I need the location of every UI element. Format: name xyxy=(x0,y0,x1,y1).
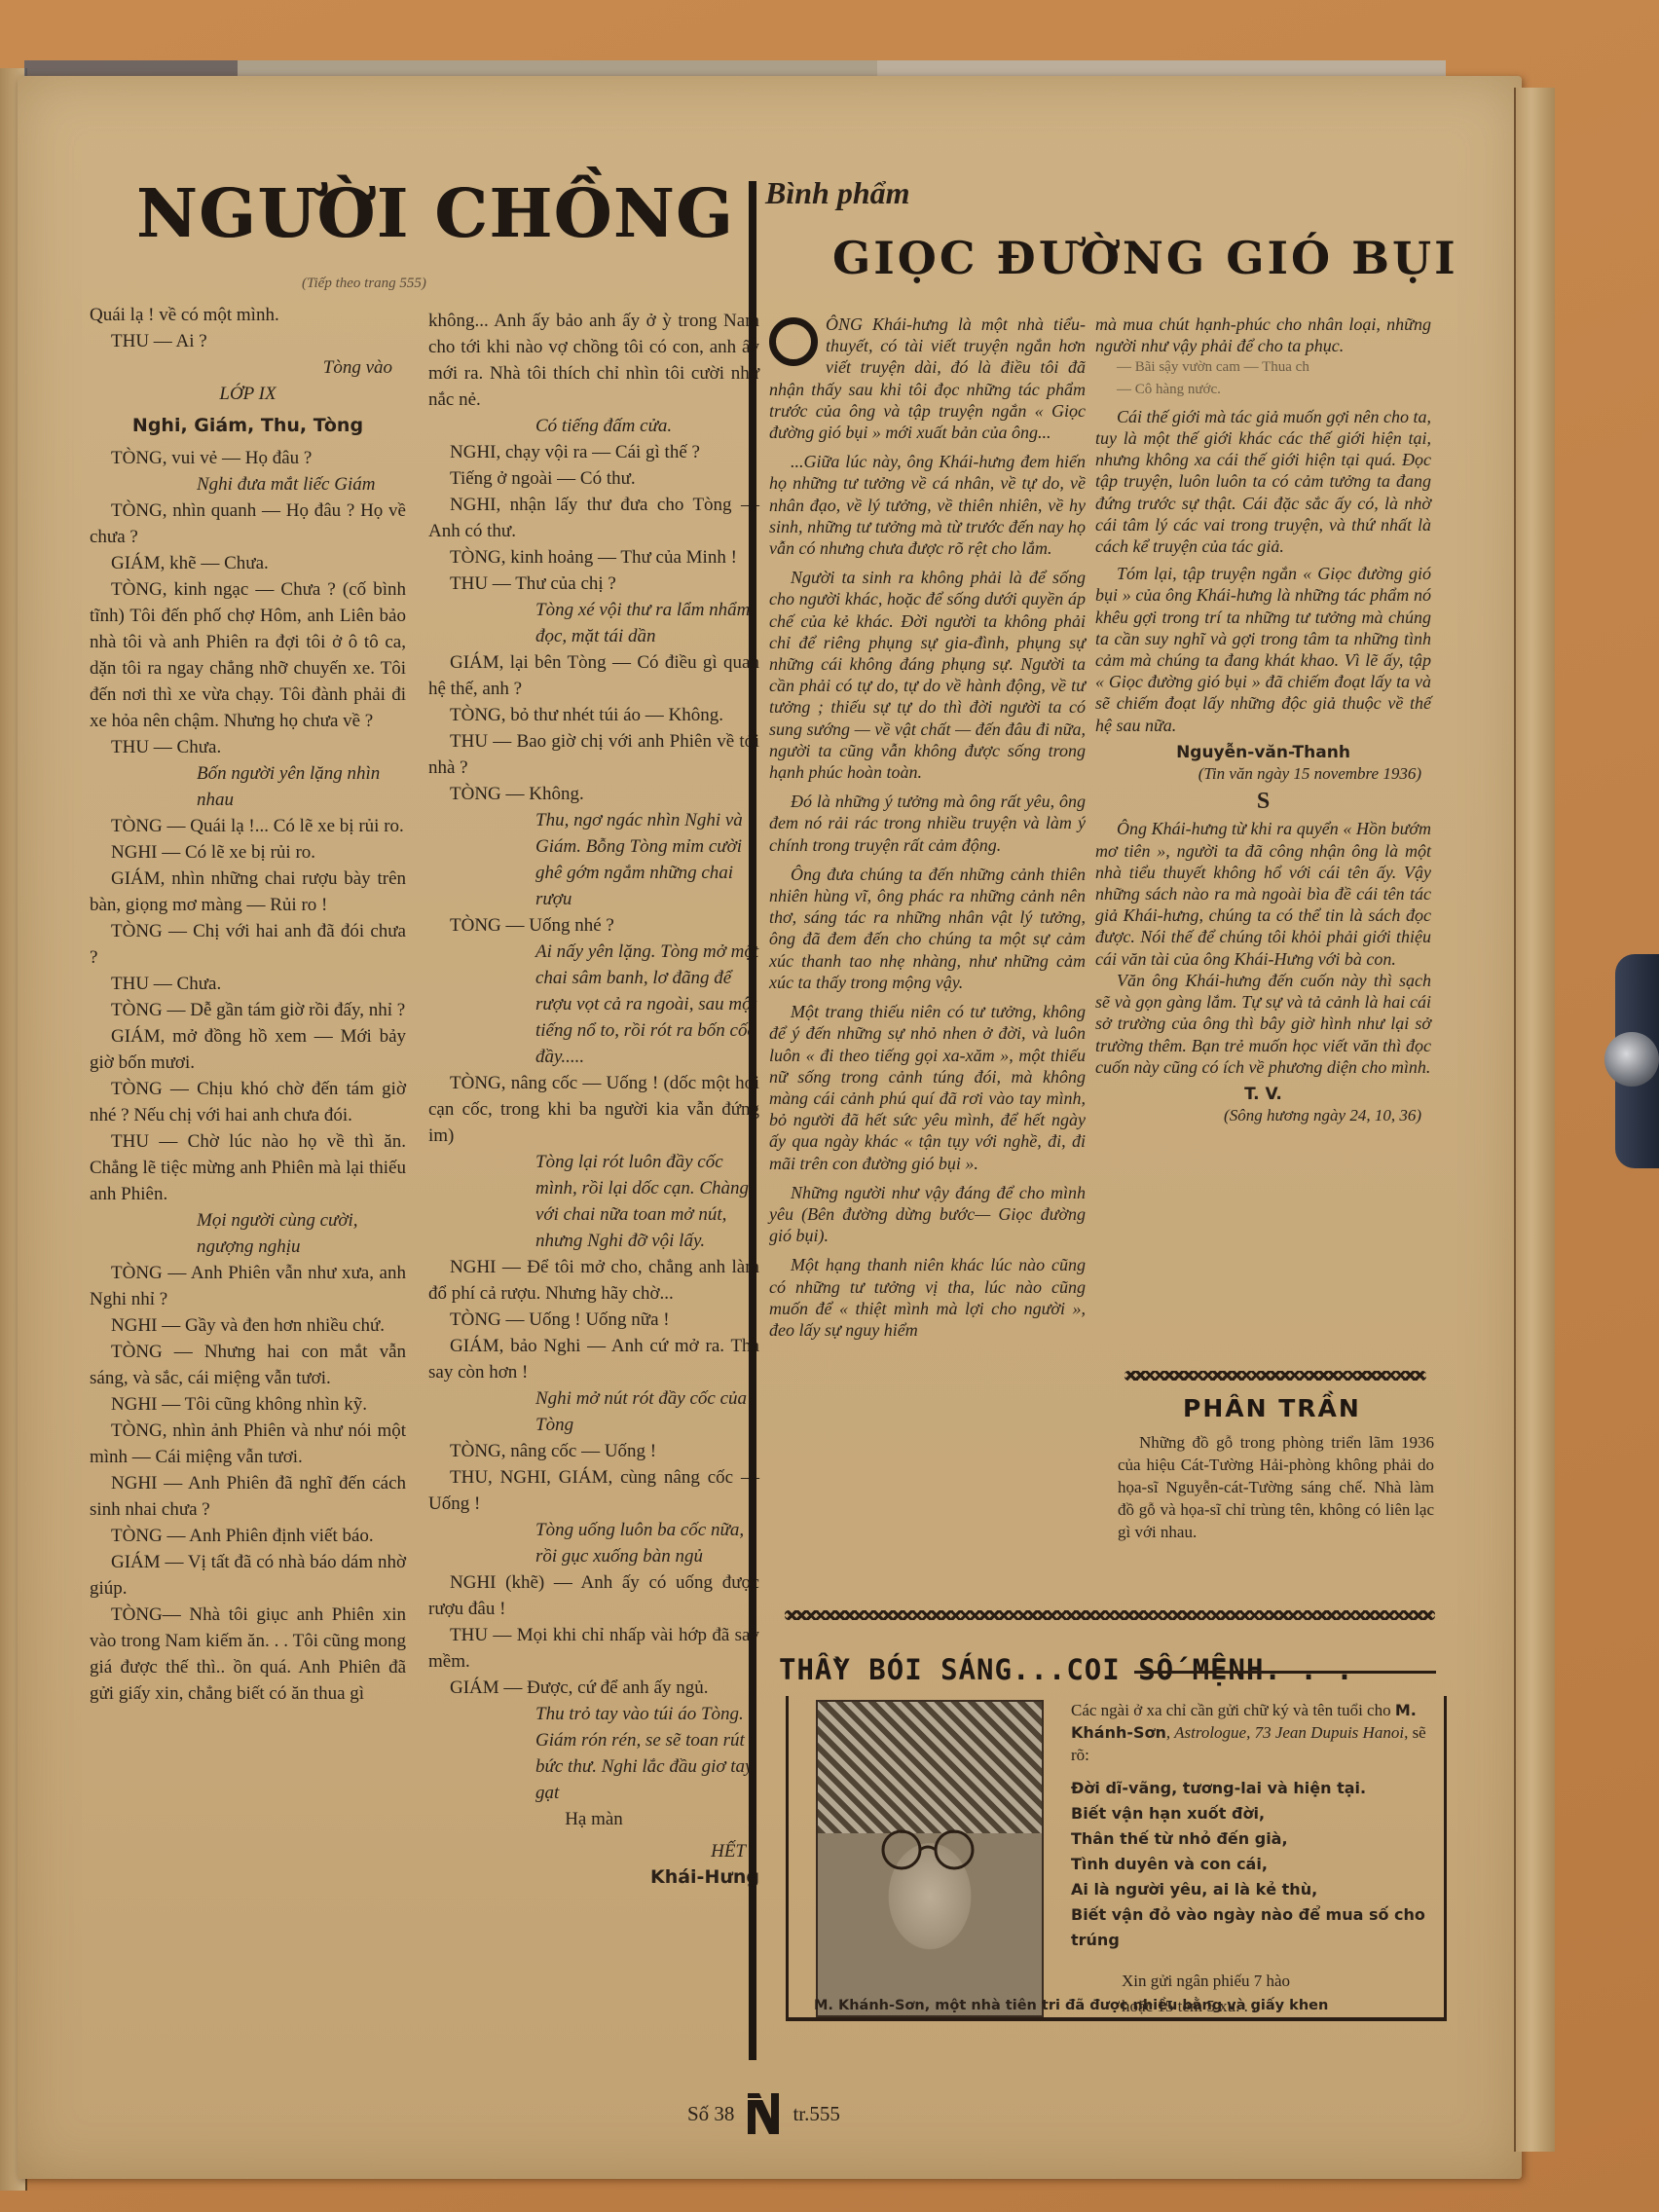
dialogue-line: THU — Chưa. xyxy=(90,734,406,760)
review-paragraph: Ông Khái-hưng từ khi ra quyển « Hồn bướm… xyxy=(1095,818,1431,969)
wavy-divider xyxy=(785,1610,1435,1620)
dialogue-line: TÒNG, vui vẻ — Họ đâu ? xyxy=(90,445,406,471)
review-source-2: (Sông hương ngày 24, 10, 36) xyxy=(1095,1105,1431,1126)
ad-service-item: Tình duyên và con cái, xyxy=(1071,1852,1431,1877)
dialogue-line: NGHI — Tôi cũng không nhìn kỹ. xyxy=(90,1391,406,1418)
dialogue-line: NGHI (khẽ) — Anh ấy có uống được rượu đâ… xyxy=(428,1569,759,1622)
dialogue-line: TÒNG — Chịu khó chờ đến tám giờ nhé ? Nế… xyxy=(90,1076,406,1128)
page-number: tr.555 xyxy=(793,2102,839,2126)
dialogue-line: GIÁM, mở đồng hồ xem — Mới bảy giờ bốn m… xyxy=(90,1023,406,1076)
review-paragraph: — Bãi sậy vườn cam — Thua ch xyxy=(1095,356,1431,378)
stage-direction: Tòng vào xyxy=(90,354,406,381)
binder-ring xyxy=(1604,1032,1659,1087)
dialogue-line: TÒNG — Quái lạ !... Có lẽ xe bị rủi ro. xyxy=(90,813,406,839)
stage-direction: Nghi mở nút rót đầy cốc của Tòng xyxy=(428,1385,759,1438)
dialogue-line: TÒNG, kinh ngạc — Chưa ? (cố bình tĩnh) … xyxy=(90,576,406,734)
review-paragraph: mà mua chút hạnh-phúc cho nhân loại, nhữ… xyxy=(1095,313,1431,356)
review-paragraph: Một trang thiếu niên có tư tưởng, không … xyxy=(769,1001,1086,1174)
review-signature-1: Nguyễn-văn-Thanh xyxy=(1095,742,1431,763)
dialogue-line: TÒNG — Uống ! Uống nữa ! xyxy=(428,1307,759,1333)
scene-heading: LỚP IX xyxy=(90,381,406,407)
stacked-pages-edge xyxy=(1514,88,1555,2152)
section-kicker: Bình phẩm xyxy=(765,175,910,211)
dialogue-line: TÒNG, kinh hoảng — Thư của Minh ! xyxy=(428,544,759,571)
stage-direction: Bốn người yên lặng nhìn nhau xyxy=(90,760,406,813)
dialogue-line: NGHI — Có lẽ xe bị rủi ro. xyxy=(90,839,406,866)
ngay-nay-logo-icon xyxy=(746,2091,781,2136)
dialogue-line: TÒNG, bỏ thư nhét túi áo — Không. xyxy=(428,702,759,728)
stage-direction: Có tiếng đấm cửa. xyxy=(428,413,759,439)
continued-note: (Tiếp theo trang 555) xyxy=(302,276,426,292)
dialogue-line: THU — Chưa. xyxy=(90,971,406,997)
ad-title: THẦY BÓI SÁNG...COI SỐ MỆNH. . . xyxy=(779,1653,1354,1686)
notice-title: PHÂN TRẦN xyxy=(1183,1394,1361,1422)
page-footer: Số 38 tr.555 xyxy=(687,2091,840,2136)
review-column-2: mà mua chút hạnh-phúc cho nhân loại, nhữ… xyxy=(1095,313,1431,1126)
stage-direction: Tòng xé vội thư ra lẩm nhẩm đọc, mặt tái… xyxy=(428,597,759,649)
play-title: NGƯỜI CHỒNG xyxy=(136,175,711,253)
photo-caption: M. Khánh-Sơn, một nhà tiên tri đã được n… xyxy=(814,1998,1328,2013)
dialogue-line: NGHI — Để tôi mở cho, chẳng anh làm đổ p… xyxy=(428,1254,759,1307)
dialogue-line: TÒNG — Nhưng hai con mắt vẫn sáng, và sắ… xyxy=(90,1339,406,1391)
review-paragraph: Một hạng thanh niên khác lúc nào cũng có… xyxy=(769,1254,1086,1341)
dialogue-line: GIÁM, lại bên Tòng — Có điều gì quan hệ … xyxy=(428,649,759,702)
dialogue-line: GIÁM, khẽ — Chưa. xyxy=(90,550,406,576)
dialogue-line: Tiếng ở ngoài — Có thư. xyxy=(428,465,759,492)
review-column-1: ÔNG Khái-hưng là một nhà tiểu-thuyết, có… xyxy=(769,313,1086,1341)
ad-text: Các ngài ở xa chỉ cần gửi chữ ký và tên … xyxy=(1071,1699,1431,2019)
review-paragraph: Đó là những ý tưởng mà ông rất yêu, ông … xyxy=(769,791,1086,856)
dialogue-line: TÒNG, nâng cốc — Uống ! xyxy=(428,1438,759,1464)
dialogue-line: THU — Mọi khi chỉ nhấp vài hớp đã say mề… xyxy=(428,1622,759,1675)
dialogue-line: THU — Bao giờ chị với anh Phiên về tới n… xyxy=(428,728,759,781)
review-paragraph: Cái thế giới mà tác giả muốn gợi nên cho… xyxy=(1095,406,1431,557)
dialogue-line: TÒNG, nhìn ảnh Phiên và như nói một mình… xyxy=(90,1418,406,1470)
notice-text: Những đồ gỗ trong phòng triển lãm 1936 c… xyxy=(1118,1431,1434,1543)
dialogue-line: TÒNG — Không. xyxy=(428,781,759,807)
dialogue-line: TÒNG— Nhà tôi giục anh Phiên xin vào tro… xyxy=(90,1602,406,1707)
dialogue-line: THU — Thư của chị ? xyxy=(428,571,759,597)
dialogue-line: GIÁM — Vị tất đã có nhà báo dám nhờ giúp… xyxy=(90,1549,406,1602)
ad-service-item: Ai là người yêu, ai là kẻ thù, xyxy=(1071,1877,1431,1902)
dialogue-line: NGHI — Gầy và đen hơn nhiều chứ. xyxy=(90,1312,406,1339)
glasses-icon xyxy=(874,1828,981,1871)
review-paragraph: Văn ông Khái-hưng đến cuốn này thì sạch … xyxy=(1095,970,1431,1078)
notice-body: Những đồ gỗ trong phòng triển lãm 1936 c… xyxy=(1118,1431,1434,1543)
dialogue-line: TÒNG — Uống nhé ? xyxy=(428,912,759,939)
column-divider xyxy=(749,181,756,2060)
dialogue-line: GIÁM, nhìn những chai rượu bày trên bàn,… xyxy=(90,866,406,918)
stage-direction: Tòng lại rót luôn đầy cốc mình, rồi lại … xyxy=(428,1149,759,1254)
review-paragraph: Người ta sinh ra không phải là để sống c… xyxy=(769,567,1086,783)
ad-intro: Các ngài ở xa chỉ cần gửi chữ ký và tên … xyxy=(1071,1699,1431,1766)
stage-direction: Nghi đưa mắt liếc Giám xyxy=(90,471,406,498)
stage-direction: Mọi người cùng cười, ngượng nghịu xyxy=(90,1207,406,1260)
dialogue-line: NGHI, nhận lấy thư đưa cho Tòng — Anh có… xyxy=(428,492,759,544)
end-mark: HẾT xyxy=(428,1838,759,1864)
wavy-divider xyxy=(1124,1371,1426,1381)
dialogue-line: THU — Ai ? xyxy=(90,328,406,354)
ad-services: Đời dĩ-vãng, tương-lai và hiện tại.Biết … xyxy=(1071,1776,1431,1953)
ornament-icon: S xyxy=(1095,791,1431,812)
stage-direction: Thu, ngơ ngác nhìn Nghi và Giám. Bỗng Tò… xyxy=(428,807,759,912)
dialogue-line: NGHI — Anh Phiên đã nghĩ đến cách sinh n… xyxy=(90,1470,406,1523)
dialogue-line: TÒNG, nâng cốc — Uống ! (dốc một hơi cạn… xyxy=(428,1070,759,1149)
dropcap-o xyxy=(769,317,818,366)
dialogue-line: TÒNG — Dễ gần tám giờ rồi đấy, nhỉ ? xyxy=(90,997,406,1023)
dialogue-line: THU, NGHI, GIÁM, cùng nâng cốc — Uống ! xyxy=(428,1464,759,1517)
fortune-teller-portrait xyxy=(816,1700,1044,2017)
dialogue-continued: không... Anh ấy bảo anh ấy ở ỳ trong Nam… xyxy=(428,308,759,413)
stage-direction: Thu trỏ tay vào túi áo Tòng. Giám rón ré… xyxy=(428,1701,759,1806)
review-paragraph: Những người như vậy đáng để cho mình yêu… xyxy=(769,1182,1086,1247)
dialogue-line: GIÁM — Được, cứ để anh ấy ngủ. xyxy=(428,1675,759,1701)
review-source-1: (Tin văn ngày 15 novembre 1936) xyxy=(1095,763,1431,785)
ad-title-rule xyxy=(1134,1671,1436,1674)
dialogue-line: TÒNG — Anh Phiên vẫn như xưa, anh Nghi n… xyxy=(90,1260,406,1312)
play-column-2: không... Anh ấy bảo anh ấy ở ỳ trong Nam… xyxy=(428,308,759,1891)
ad-service-item: Thân thế từ nhỏ đến già, xyxy=(1071,1826,1431,1852)
dialogue-line: Quái lạ ! về có một mình. xyxy=(90,302,406,328)
review-paragraph: Tóm lại, tập truyện ngắn « Giọc đường gi… xyxy=(1095,563,1431,736)
issue-number: Số 38 xyxy=(687,2102,734,2126)
cast-list: Nghi, Giám, Thu, Tòng xyxy=(90,413,406,439)
dialogue-line: TÒNG — Chị với hai anh đã đói chưa ? xyxy=(90,918,406,971)
dialogue-line: TÒNG, nhìn quanh — Họ đâu ? Họ về chưa ? xyxy=(90,498,406,550)
review-paragraph: ÔNG Khái-hưng là một nhà tiểu-thuyết, có… xyxy=(769,313,1086,443)
dialogue-line: TÒNG — Anh Phiên định viết báo. xyxy=(90,1523,406,1549)
dialogue-line: NGHI, chạy vội ra — Cái gì thế ? xyxy=(428,439,759,465)
author-signature: Khái-Hưng xyxy=(428,1864,759,1891)
stage-direction: Tòng uống luôn ba cốc nữa, rồi gục xuống… xyxy=(428,1517,759,1569)
ad-service-item: Biết vận hạn xuốt đời, xyxy=(1071,1801,1431,1826)
review-signature-2: T. V. xyxy=(1095,1084,1431,1105)
ad-service-item: Đời dĩ-vãng, tương-lai và hiện tại. xyxy=(1071,1776,1431,1801)
ad-service-item: Biết vận đỏ vào ngày nào để mua số cho t… xyxy=(1071,1902,1431,1953)
play-column-1: Quái lạ ! về có một mình.THU — Ai ?Tòng … xyxy=(90,302,406,1707)
dialogue-line: GIÁM, bảo Nghi — Anh cứ mở ra. Thà say c… xyxy=(428,1333,759,1385)
review-paragraph: Ông đưa chúng ta đến những cảnh thiên nh… xyxy=(769,864,1086,993)
scene-heading: Hạ màn xyxy=(428,1806,759,1832)
stage-direction: Ai nấy yên lặng. Tòng mở một chai sâm ba… xyxy=(428,939,759,1070)
review-paragraph: — Cô hàng nước. xyxy=(1095,379,1431,400)
review-paragraph: ...Giữa lúc này, ông Khái-hưng đem hiến … xyxy=(769,451,1086,559)
review-title: GIỌC ĐƯỜNG GIÓ BỤI xyxy=(832,232,1458,284)
dialogue-line: THU — Chờ lúc nào họ về thì ăn. Chẳng lẽ… xyxy=(90,1128,406,1207)
